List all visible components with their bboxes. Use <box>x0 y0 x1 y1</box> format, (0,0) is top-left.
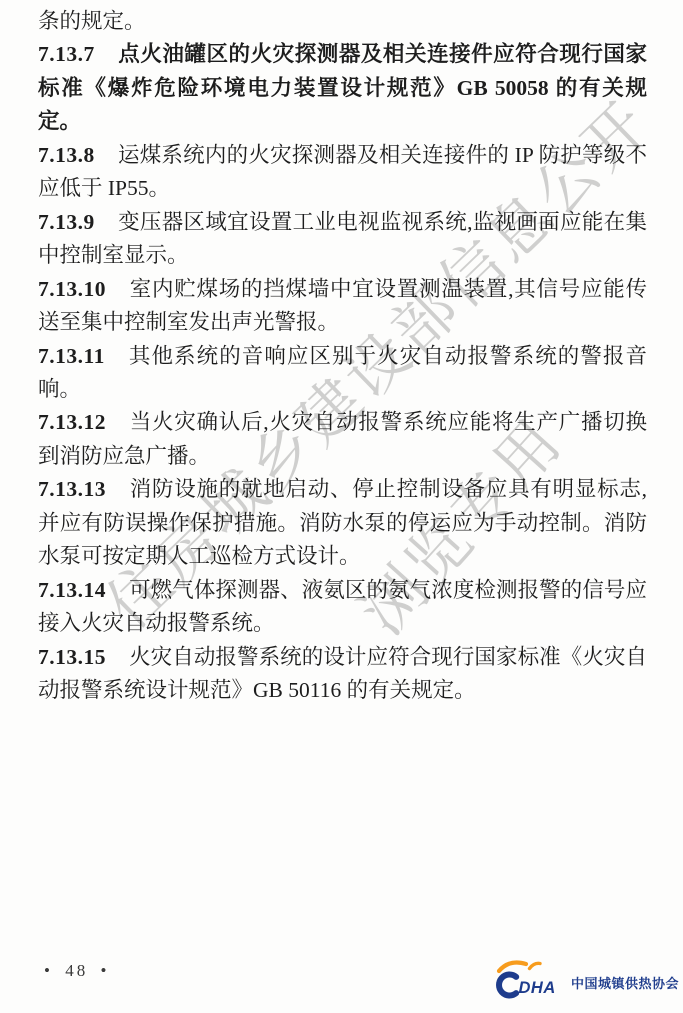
clause-paragraph: 7.13.12当火灾确认后,火灾自动报警系统应能将生产广播切换到消防应急广播。 <box>38 406 647 473</box>
logo-acronym: DHA <box>519 979 556 997</box>
logo-c-swoosh <box>499 975 516 996</box>
clause-number: 7.13.11 <box>38 344 105 368</box>
clause-number: 7.13.14 <box>38 578 106 602</box>
clause-number: 7.13.13 <box>38 477 106 501</box>
continuation-line: 条的规定。 <box>38 5 647 38</box>
clause-text: 点火油罐区的火灾探测器及相关连接件应符合现行国家标准《爆炸危险环境电力装置设计规… <box>38 42 647 133</box>
clause-text: 可燃气体探测器、液氨区的氨气浓度检测报警的信号应接入火灾自动报警系统。 <box>38 578 647 635</box>
clause-paragraph: 7.13.7点火油罐区的火灾探测器及相关连接件应符合现行国家标准《爆炸危险环境电… <box>38 38 647 138</box>
clause-text: 消防设施的就地启动、停止控制设备应具有明显标志,并应有防误操作保护措施。消防水泵… <box>38 477 647 568</box>
clause-paragraph: 7.13.10室内贮煤场的挡煤墙中宜设置测温装置,其信号应能传送至集中控制室发出… <box>38 273 647 340</box>
clause-number: 7.13.9 <box>38 210 95 234</box>
clause-paragraph: 7.13.15火灾自动报警系统的设计应符合现行国家标准《火灾自动报警系统设计规范… <box>38 641 647 708</box>
clause-paragraph: 7.13.13消防设施的就地启动、停止控制设备应具有明显标志,并应有防误操作保护… <box>38 473 647 573</box>
clause-paragraph: 7.13.9变压器区域宜设置工业电视监视系统,监视画面应能在集中控制室显示。 <box>38 206 647 273</box>
clauses-container: 7.13.7点火油罐区的火灾探测器及相关连接件应符合现行国家标准《爆炸危险环境电… <box>38 38 647 707</box>
clause-text: 变压器区域宜设置工业电视监视系统,监视画面应能在集中控制室显示。 <box>38 210 647 267</box>
clause-text: 当火灾确认后,火灾自动报警系统应能将生产广播切换到消防应急广播。 <box>38 410 647 467</box>
clause-number: 7.13.15 <box>38 645 106 669</box>
page-body-text: 条的规定。 7.13.7点火油罐区的火灾探测器及相关连接件应符合现行国家标准《爆… <box>38 5 647 708</box>
clause-paragraph: 7.13.14可燃气体探测器、液氨区的氨气浓度检测报警的信号应接入火灾自动报警系… <box>38 574 647 641</box>
clause-number: 7.13.10 <box>38 277 106 301</box>
logo-org-name: 中国城镇供热协会 <box>571 973 679 999</box>
page-number: • 48 • <box>44 961 109 981</box>
clause-text: 运煤系统内的火灾探测器及相关连接件的 IP 防护等级不应低于 IP55。 <box>38 143 647 200</box>
clause-text: 其他系统的音响应区别于火灾自动报警系统的警报音响。 <box>38 344 647 401</box>
cdha-logo-mark: DHA <box>492 957 564 999</box>
clause-paragraph: 7.13.8运煤系统内的火灾探测器及相关连接件的 IP 防护等级不应低于 IP5… <box>38 139 647 206</box>
cdha-logo: DHA 中国城镇供热协会 <box>492 957 679 999</box>
clause-number: 7.13.8 <box>38 143 95 167</box>
clause-number: 7.13.7 <box>38 42 95 66</box>
document-page: 条的规定。 7.13.7点火油罐区的火灾探测器及相关连接件应符合现行国家标准《爆… <box>0 0 683 1013</box>
clause-paragraph: 7.13.11其他系统的音响应区别于火灾自动报警系统的警报音响。 <box>38 340 647 407</box>
clause-text: 火灾自动报警系统的设计应符合现行国家标准《火灾自动报警系统设计规范》GB 501… <box>38 645 647 702</box>
logo-orange-arc-small <box>530 963 541 968</box>
clause-number: 7.13.12 <box>38 410 106 434</box>
clause-text: 室内贮煤场的挡煤墙中宜设置测温装置,其信号应能传送至集中控制室发出声光警报。 <box>38 277 647 334</box>
logo-orange-arc-large <box>499 963 526 971</box>
